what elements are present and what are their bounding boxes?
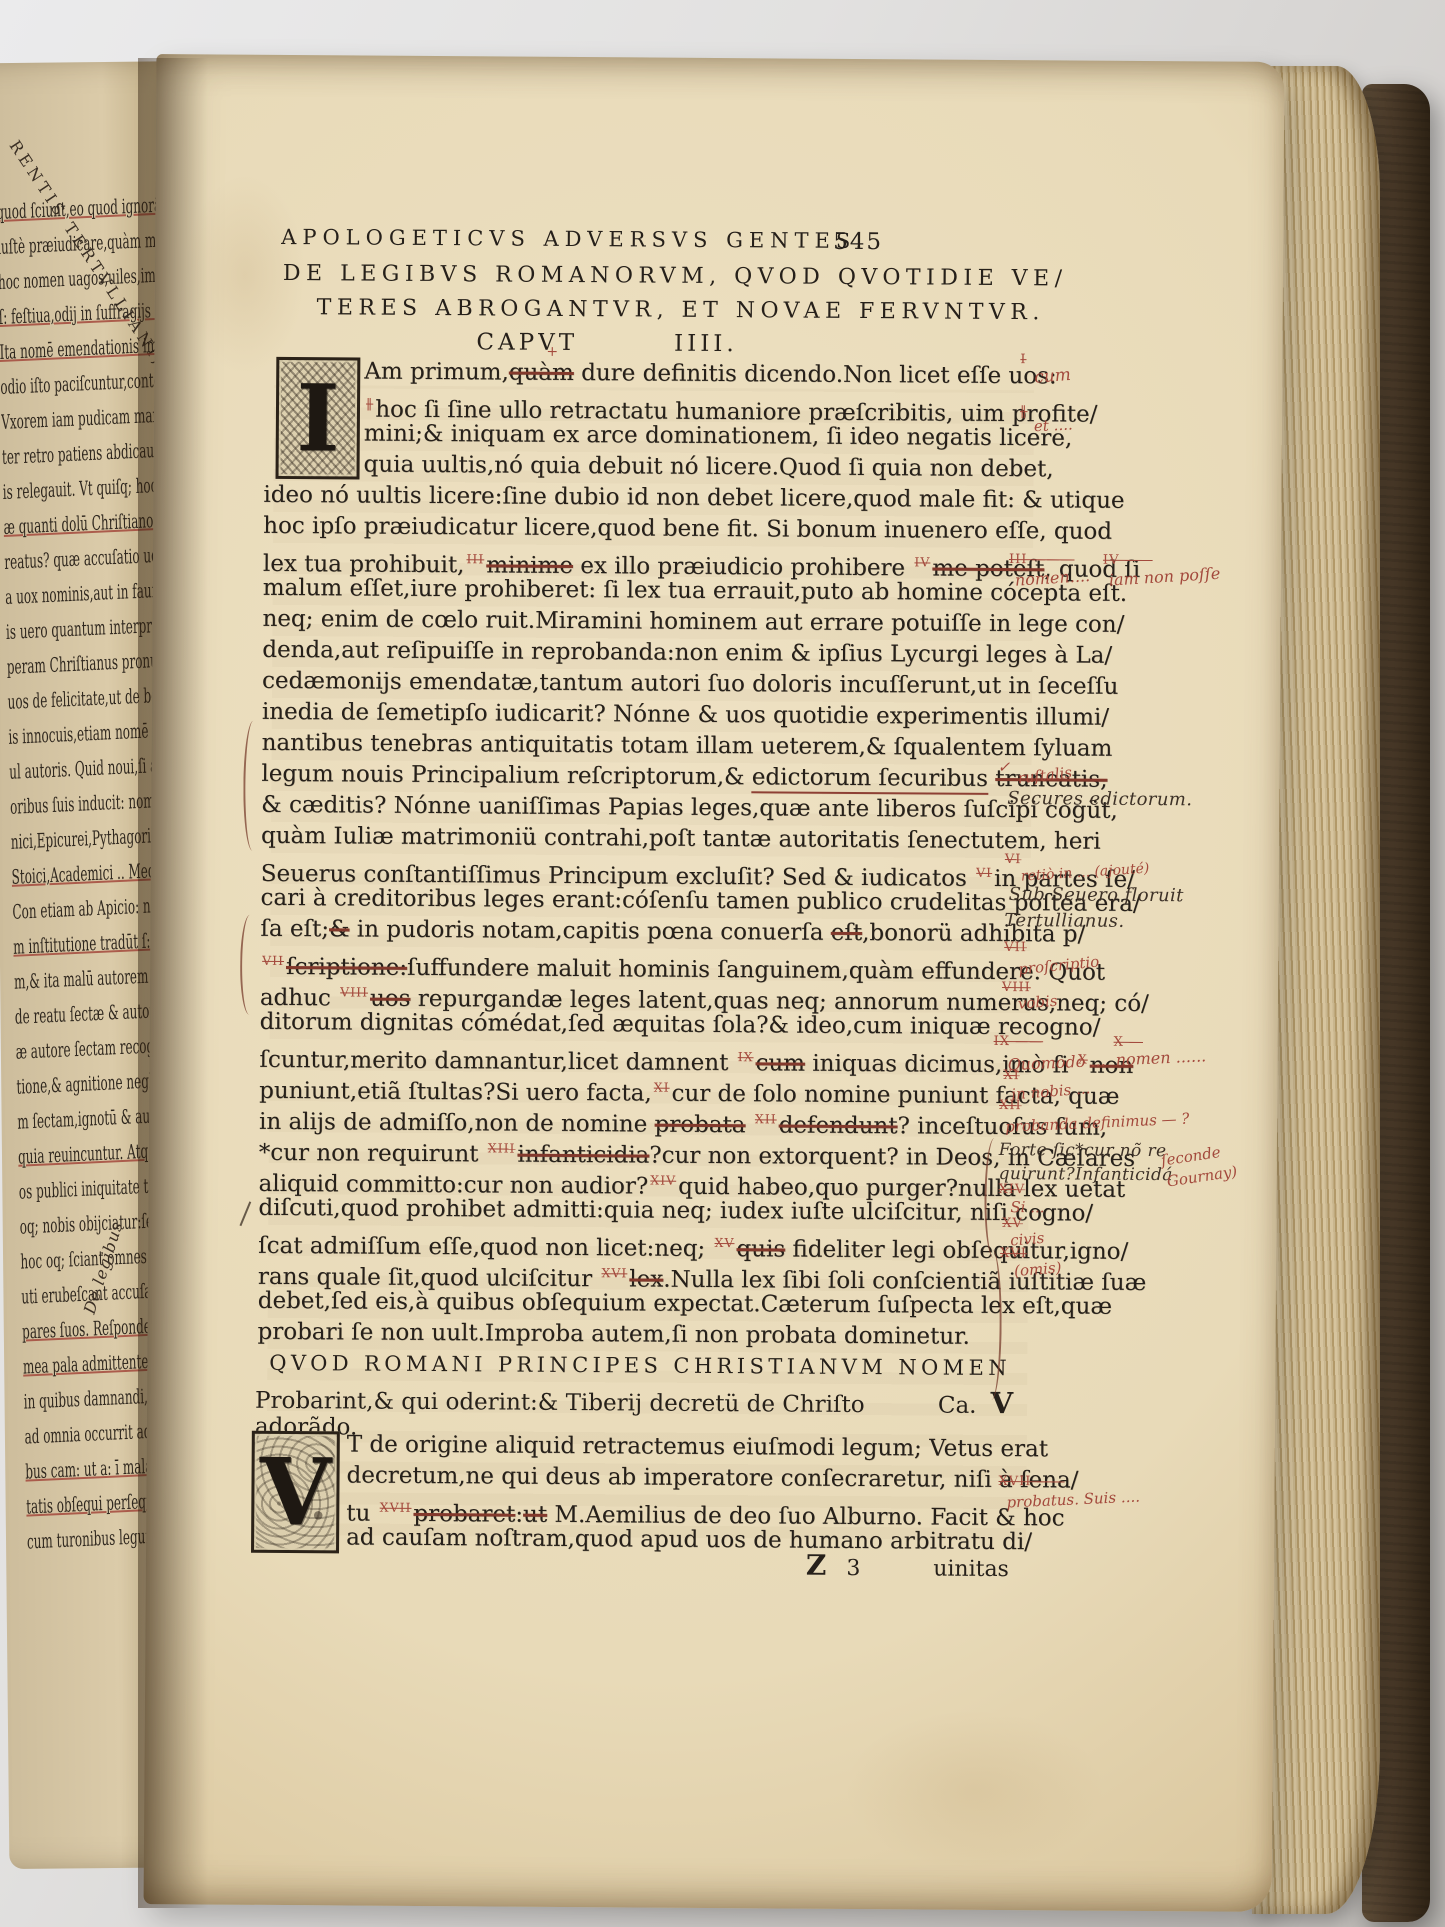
paragraph-1-lines: Am primum,quàm dure definitis dicendo.No… bbox=[257, 356, 1019, 1353]
photograph-background: RENTIS TERTVLLIANI, quod ſciunt,eo quod … bbox=[0, 0, 1445, 1927]
red-numeral-mark: XV bbox=[715, 1235, 735, 1250]
red-numeral-mark: XVI bbox=[601, 1265, 627, 1280]
page-number: 545 bbox=[833, 229, 883, 255]
text-segment: decretum,ne qui deus ab imperatore conſe… bbox=[346, 1462, 1078, 1493]
caput-label: CAPVT bbox=[476, 329, 578, 356]
text-segment: inedia de ſemetipſo iudicarit? Nónne & u… bbox=[262, 699, 1109, 731]
text-segment: dure definitis dicendo.Non licet eſſe uo… bbox=[574, 360, 1057, 389]
text-segment: malum eſſet,iure prohiberet: ſi lex tua … bbox=[263, 575, 1128, 607]
text-segment: mini;& iniquam ex arce dominationem, ſi … bbox=[364, 421, 1073, 452]
running-head: APOLOGETICVS ADVERSVS GENTES. bbox=[281, 225, 868, 253]
text-segment: quia uultis,nó quia debuit nó licere.Quo… bbox=[364, 452, 1054, 483]
red-numeral-mark: ‖ bbox=[366, 396, 373, 411]
caput-number: IIII. bbox=[674, 331, 738, 357]
corrected-text: quàm bbox=[509, 360, 574, 386]
caput-heading: CAPVT IIII. bbox=[476, 329, 737, 357]
text-line: T de origine aliquid retractemus eiuſmod… bbox=[347, 1429, 1010, 1465]
gathering-signature: Z3 bbox=[806, 1549, 861, 1582]
text-segment: Am primum, bbox=[364, 359, 509, 386]
text-segment: ad cauſam noſtram,quod apud uos de human… bbox=[346, 1524, 1032, 1555]
text-segment: in pudoris notam,capitis pœna conuerſa bbox=[349, 916, 830, 945]
text-segment: , quod ſi bbox=[1044, 556, 1140, 583]
text-line: tu XVIIprobaret:ut M.Aemilius de deo ſuo… bbox=[346, 1491, 1009, 1527]
red-numeral-mark: IV bbox=[914, 554, 930, 569]
red-numeral-mark: XVII bbox=[380, 1500, 412, 1515]
paragraph-2-lines: T de origine aliquid retractemus eiuſmod… bbox=[251, 1429, 1010, 1558]
text-segment: diſcuti,quod prohibet admitti:quia neq; … bbox=[258, 1195, 1093, 1227]
chapter-label: Ca. bbox=[938, 1393, 977, 1419]
corrected-text: eſt bbox=[831, 920, 863, 946]
text-segment: ſa eſt; bbox=[260, 916, 329, 942]
red-numeral-mark: III bbox=[466, 551, 484, 566]
red-numeral-mark: VIII bbox=[340, 984, 368, 999]
text-segment: legum nouis Principalium reſcriptorum,& bbox=[261, 761, 752, 790]
red-numeral-mark: X bbox=[1078, 1052, 1088, 1067]
chapter-number: V bbox=[990, 1386, 1013, 1420]
text-segment: quàm Iuliæ matrimoniü contrahi,poſt tant… bbox=[261, 823, 1101, 855]
right-page: APOLOGETICVS ADVERSVS GENTES. 545 DE LEG… bbox=[144, 54, 1285, 1912]
text-line: Am primum,quàm dure definitis dicendo.No… bbox=[364, 357, 1019, 393]
text-line: ad cauſam noſtram,quod apud uos de human… bbox=[346, 1522, 1009, 1558]
text-segment: probari ſe non uult.Improba autem,ſi non… bbox=[257, 1319, 970, 1350]
margin-brace bbox=[240, 915, 257, 1015]
text-line: decretum,ne qui deus ab imperatore conſe… bbox=[346, 1460, 1009, 1496]
chapter-title-line-1: DE LEGIBVS ROMANORVM, QVOD QVOTIDIE VE/ bbox=[283, 261, 1068, 291]
body-paragraph-1: I Am primum,quàm dure definitis dicendo.… bbox=[257, 356, 1019, 1353]
corrected-text: truncatis, bbox=[995, 766, 1107, 793]
red-numeral-mark: XI bbox=[654, 1080, 670, 1095]
chapter-5-heading-line-1: QVOD ROMANI PRINCIPES CHRISTIANVM NOMEN bbox=[269, 1351, 1011, 1380]
red-numeral-mark: VI bbox=[976, 865, 992, 880]
woodcut-initial-i: I bbox=[276, 357, 361, 480]
text-segment: hoc ipſo præiudicatur licere,quod bene f… bbox=[263, 513, 1112, 545]
text-segment: denda,aut reſipuiſſe in reprobanda:non e… bbox=[262, 637, 1112, 669]
margin-slash-mark bbox=[239, 1201, 251, 1226]
text-segment: neq; enim de cœlo ruit.Miramini hominem … bbox=[262, 606, 1124, 638]
text-line: ‖hoc ſi ſine ullo retractatu humaniore p… bbox=[364, 388, 1019, 424]
red-numeral-mark: XIII bbox=[488, 1140, 516, 1155]
red-numeral-mark: IX bbox=[738, 1049, 754, 1064]
corrected-text: edictorum ſecuribus bbox=[752, 764, 988, 795]
margin-annotation: ſeconde bbox=[1160, 1143, 1222, 1170]
text-segment: ,bonorü adhibita p/ bbox=[862, 920, 1085, 948]
margin-annotation: X — bbox=[1114, 1035, 1143, 1050]
text-segment: & cæditis? Nónne uaniſſimas Papias leges… bbox=[261, 792, 1118, 824]
text-segment: debet,ſed eis,à quibus obſequium expecta… bbox=[258, 1288, 1112, 1320]
red-numeral-mark: VII bbox=[262, 953, 284, 968]
text-line: quia uultis,nó quia debuit nó licere.Quo… bbox=[363, 450, 1018, 486]
chapter-title-line-2: TERES ABROGANTVR, ET NOVAE FERVNTVR. bbox=[317, 295, 1045, 325]
text-line: mini;& iniquam ex arce dominationem, ſi … bbox=[364, 419, 1019, 455]
text-segment: cari à creditoribus leges erant:cóſenſu … bbox=[260, 885, 1140, 917]
corrected-text: non bbox=[1090, 1053, 1134, 1079]
paper-stain bbox=[844, 1709, 1105, 1871]
margin-brace bbox=[243, 721, 260, 851]
text-segment: ideo nó uultis licere:ſine dubio id non … bbox=[263, 482, 1124, 514]
text-segment: cedæmonijs emendatæ,tantum autori ſuo do… bbox=[262, 668, 1118, 700]
red-numeral-mark: XIV bbox=[650, 1173, 676, 1188]
margin-annotation: Gournay) bbox=[1166, 1162, 1239, 1190]
catchword: uinitas bbox=[906, 1556, 1009, 1582]
text-segment: ditorum dignitas cómédat,ſed æquitas ſol… bbox=[260, 1009, 1101, 1041]
corrected-text: & bbox=[329, 916, 350, 942]
text-segment: T de origine aliquid retractemus eiuſmod… bbox=[347, 1431, 1048, 1462]
body-paragraph-2: V T de origine aliquid retractemus eiuſm… bbox=[251, 1429, 1010, 1558]
woodcut-initial-v: V bbox=[251, 1431, 340, 1554]
red-numeral-mark: XII bbox=[755, 1111, 777, 1126]
text-line: probari ſe non uult.Improba autem,ſi non… bbox=[257, 1317, 1012, 1353]
text-segment: nantibus tenebras antiquitatis totam ill… bbox=[262, 730, 1113, 762]
